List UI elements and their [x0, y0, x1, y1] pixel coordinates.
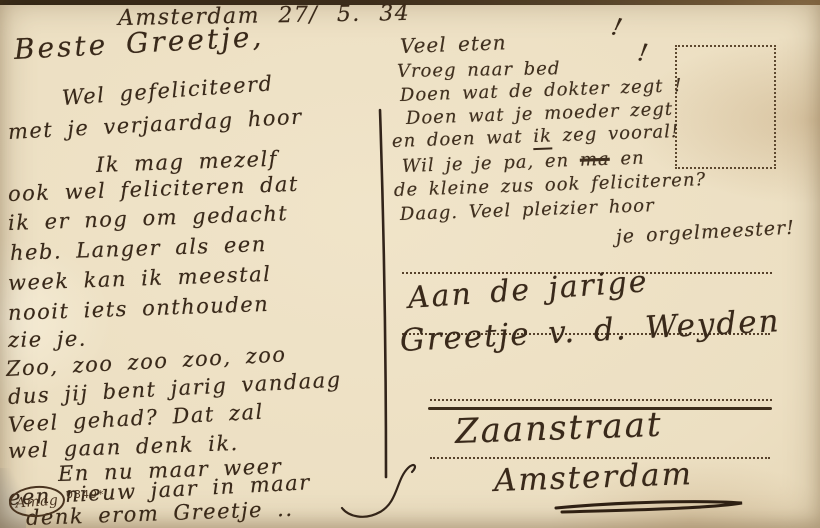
ink-mark: ! [636, 40, 651, 66]
publisher-logo-text: Amag [15, 492, 59, 511]
city-underline-swoosh [556, 502, 742, 512]
address-street: Zaanstraat [454, 408, 663, 449]
address-to: Aan de jarige [407, 267, 649, 314]
emphasis-prefix: en doen wat [392, 126, 534, 152]
message-line: Vroeg naar bed [397, 60, 561, 81]
emphasis-suffix: zeg vooral! [552, 121, 680, 146]
strike-suffix: en [609, 148, 645, 170]
message-line: Veel eten [400, 32, 507, 56]
message-line: nooit iets onthouden [8, 294, 270, 324]
signature: je orgelmeester! [616, 219, 796, 247]
address-city: Amsterdam [493, 459, 693, 497]
column-divider-line [380, 110, 386, 477]
emphasis-word: ik [533, 125, 552, 150]
message-line: met je verjaardag hoor [7, 107, 303, 143]
struck-word: ma [580, 149, 611, 171]
message-line: Ik mag mezelf [96, 149, 279, 176]
message-line: week kan ik meestal [8, 264, 272, 294]
message-line: ook wel feliciteren dat [8, 174, 300, 205]
message-line: Daag. Veel pleizier hoor [400, 197, 655, 224]
salutation: Beste Greetje, [13, 23, 265, 64]
message-line: zie je. [8, 329, 87, 351]
flourish-arrow [342, 465, 415, 517]
publisher-number: 0349* [66, 488, 105, 501]
message-line: ik er nog om gedacht [8, 203, 289, 234]
stamp-box [675, 45, 776, 169]
message-line: heb. Langer als een [10, 234, 267, 264]
address-rule-3 [430, 399, 772, 401]
strike-prefix: Wil je je pa, en [402, 150, 581, 177]
address-name: Greetje v. d. Weyden [399, 306, 781, 357]
ink-mark: ! [609, 14, 626, 40]
postcard-back: Amsterdam 27/ 5. 34 Beste Greetje, Wel g… [0, 0, 820, 528]
message-line: Wel gefeliciteerd [61, 73, 274, 109]
